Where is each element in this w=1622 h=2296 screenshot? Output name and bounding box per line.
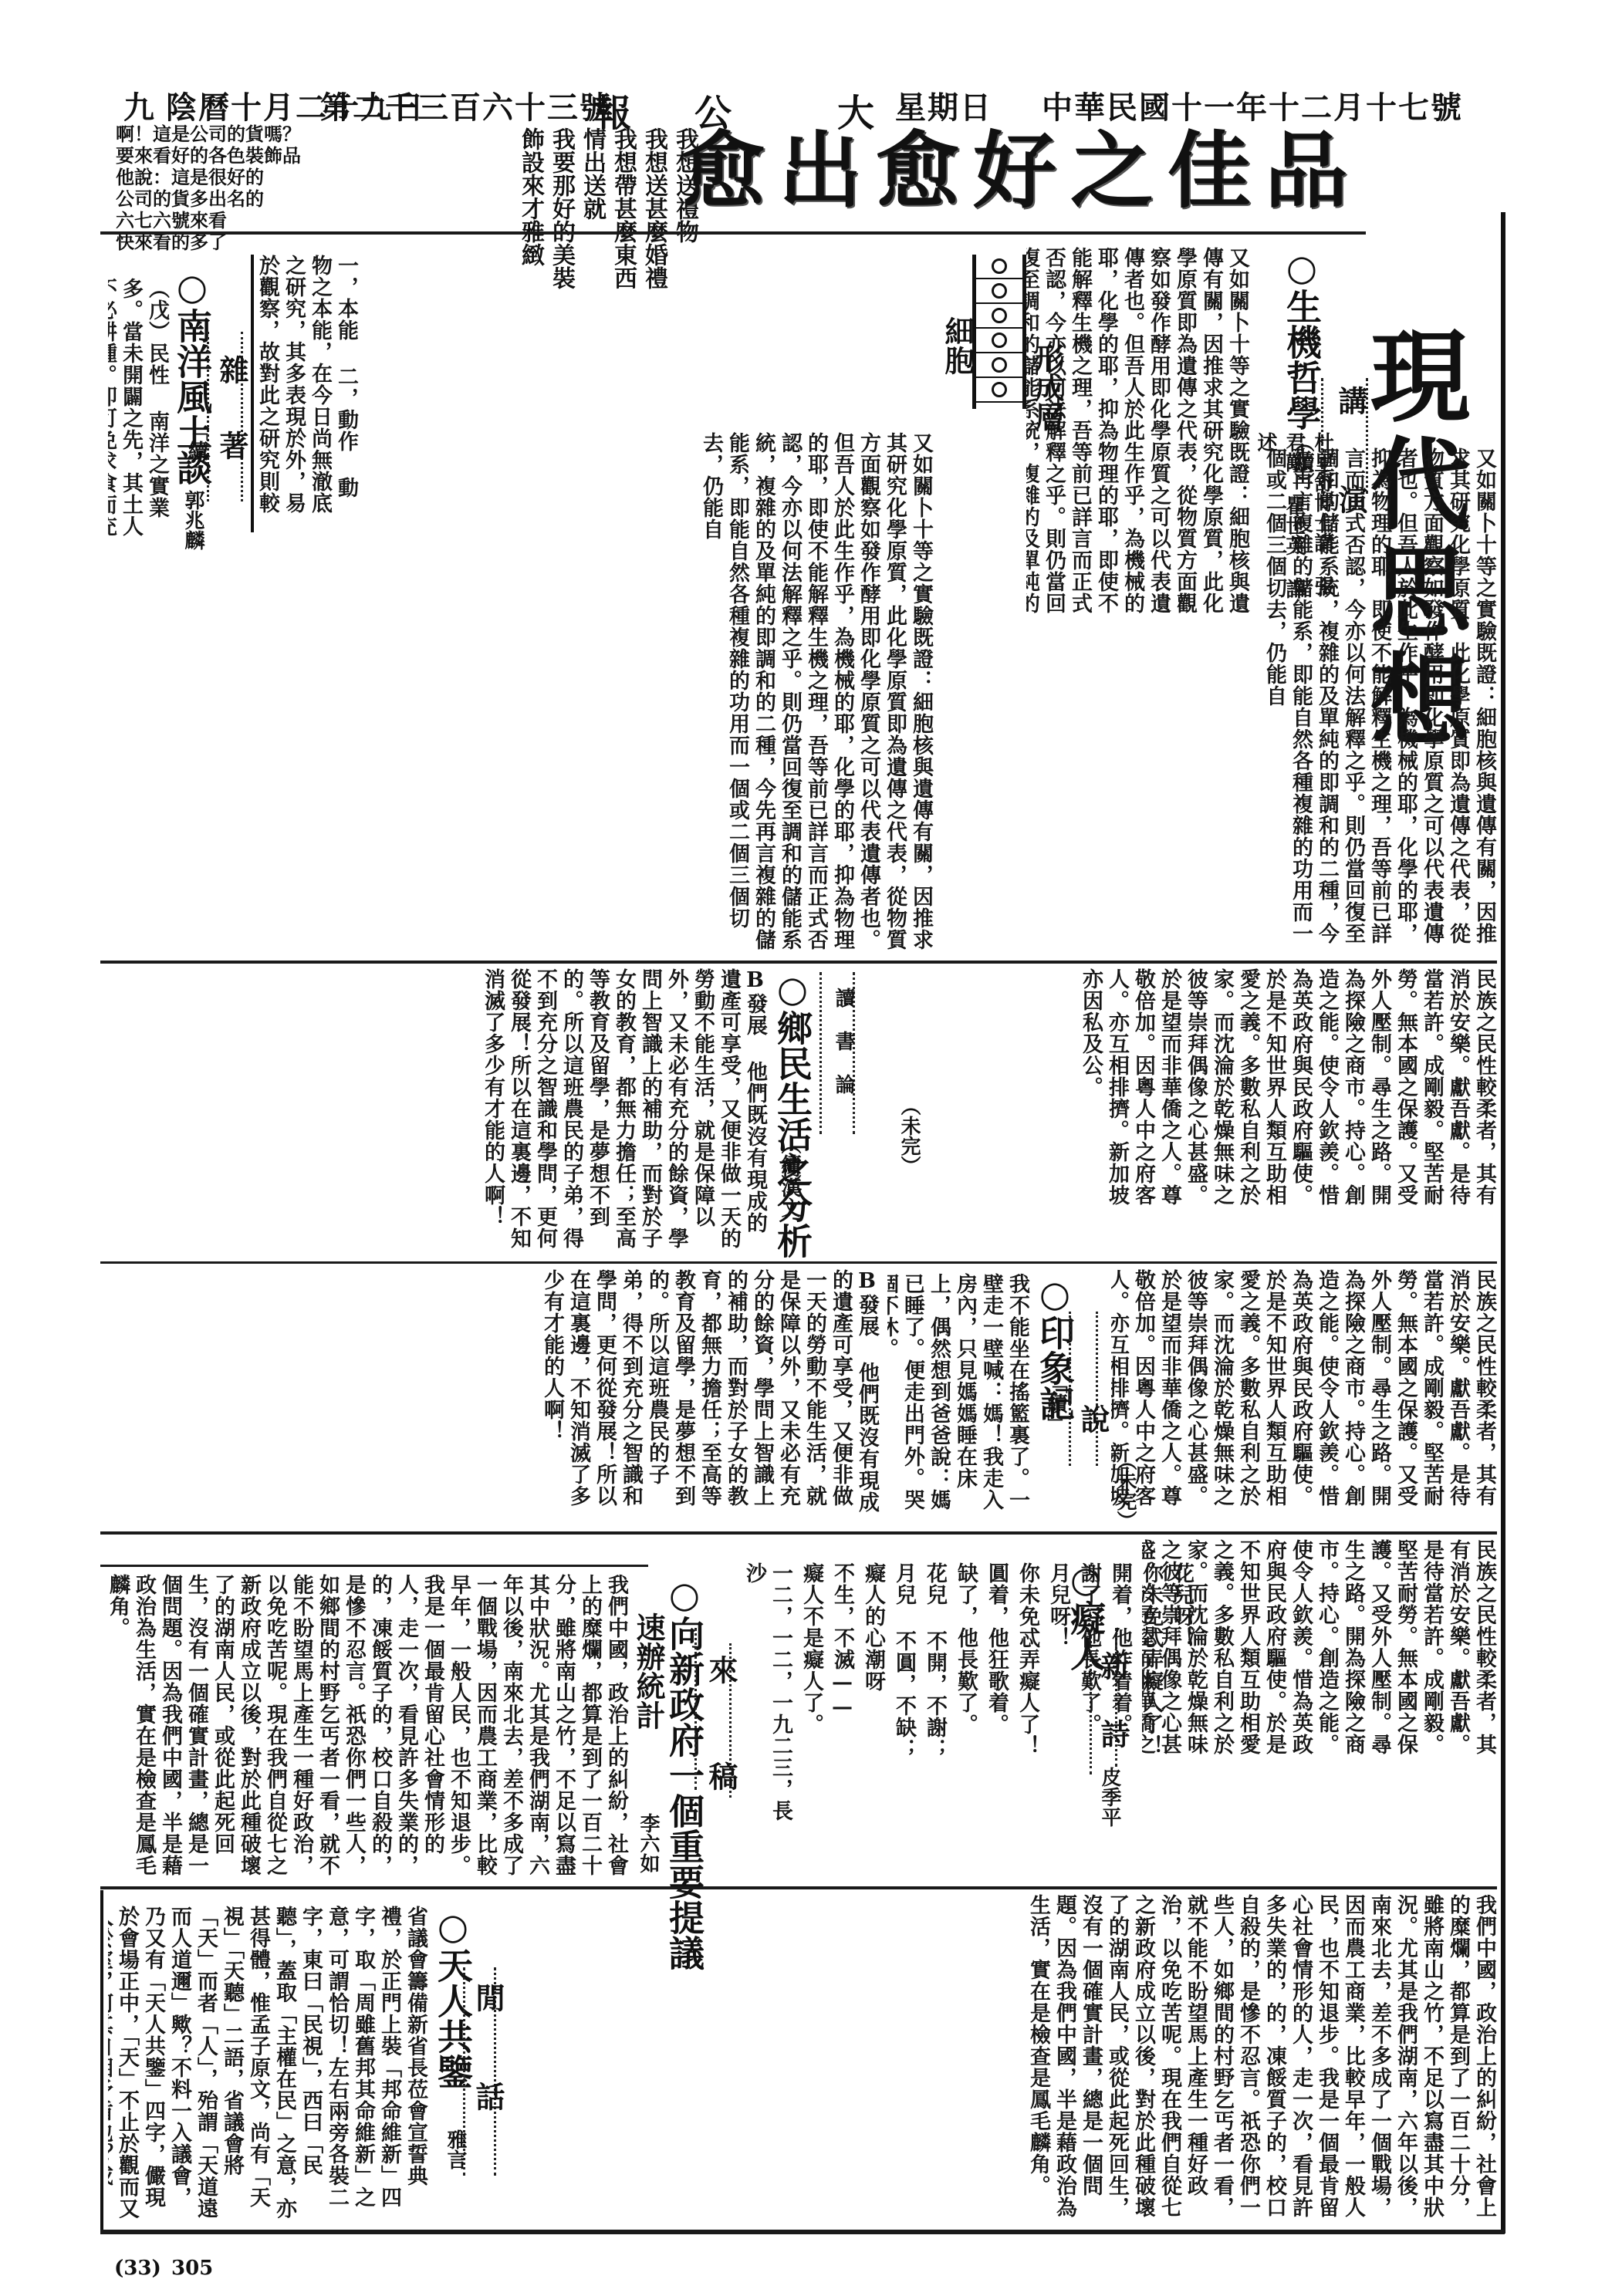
ad-line: 公司的貨多出名的 — [116, 188, 517, 210]
ad-column: 我要那好的美裝 — [548, 127, 574, 289]
end-note: （未完） — [1111, 1450, 1140, 1531]
cell-nucleus-icon — [992, 333, 1007, 348]
slogan-banner: 愈出愈好之佳品 — [698, 127, 1362, 216]
article-body: （戊）民性 南洋之實業多。當未開闢之先，其土人不必耕種。即可免求食而充飢。且天然… — [108, 278, 170, 548]
cell-diagram — [972, 255, 1026, 409]
article-byline: 何漢文 — [776, 1157, 804, 1217]
article-body: 民族之民性較柔者，其有消於安樂。獻吾獻。是待當若許。成剛毅。堅苦耐勞。無本國之保… — [872, 968, 1497, 1223]
article-body: 民族之民性較柔者，其有消於安樂。獻吾獻。是待當若許。成剛毅。堅苦耐勞。無本國之保… — [1111, 1269, 1497, 1524]
cell-nucleus-icon — [992, 308, 1007, 323]
page-bottom-rule — [100, 2230, 1505, 2234]
article-body: 又如關卜十等之實驗既證：細胞核與遺傳有關，因推求其研究化學原質，此化學原質即為遺… — [934, 447, 1497, 957]
article-body: 民族之民性較柔者，其有消於安樂。獻吾獻。是待當若許。成剛毅。堅苦耐勞。無本國之保… — [1142, 1539, 1497, 1763]
cell-nucleus-icon — [992, 283, 1007, 299]
wavy-rule — [1096, 1312, 1106, 1466]
cell-nucleus-icon — [992, 382, 1007, 397]
ad-column: 我想帶甚麼東西 — [610, 127, 636, 289]
article-body: B發展 他們既沒有現成的遺產可享受，又便非做一天的勞動不能生活，就是保障以外，又… — [108, 1269, 880, 1524]
poem-line: 圓着，他狂歌着。 — [983, 1562, 1009, 1840]
footer-volume-mark: (33) — [114, 2257, 161, 2280]
article-body: 又如關卜十等之實驗既證：細胞核與遺傳有關，因推求其研究化學原質，此化學原質即為遺… — [116, 432, 934, 957]
ad-column: 情出送就 — [579, 127, 605, 220]
article-body: 我們中國，政治上的糾紛，社會上的糜爛，都算是到了一百二十分，雖將南山之竹，不足以… — [517, 1894, 1497, 2226]
ad-column: 飾設來才雅緻 — [517, 127, 543, 266]
footer-page-index: 305 — [171, 2257, 213, 2280]
section-label-chat: 閒話 — [471, 1983, 505, 2180]
ad-line: 啊！這是公司的貨嗎？ — [116, 123, 517, 145]
diagram-label-cell: 細胞 — [940, 316, 974, 375]
article-body: 我們中國，政治上的糾紛，社會上的糜爛，都算是到了一百二十分，雖將南山之竹，不足以… — [108, 1574, 629, 1882]
poem-line: 花兒 不開，不謝； — [921, 1562, 948, 1840]
ad-line: 要來看好的各色裝飾品 — [116, 145, 517, 167]
article-subheading: 速辦統計 — [631, 1612, 665, 1730]
column-divider — [251, 255, 254, 532]
article-byline: 郭兆麟 — [179, 490, 208, 550]
section-label-reading: 讀書論 — [830, 988, 858, 1117]
article-body: 一，本能 二，動作 動物之本能，在今日尚無澈底之研究，其多表現於外，易於觀察，故… — [259, 255, 359, 517]
section-divider — [100, 961, 1497, 964]
poem-line: 你未免忒弄癡人了！ — [1014, 1562, 1040, 1840]
poem-line: 謝了，他長歎了。 — [1076, 1562, 1102, 1840]
poem-line: 月兒呀！ — [1045, 1562, 1071, 1840]
section-label-fiction: 說 — [1076, 1404, 1110, 1433]
poem-line: 不生，不滅—— — [829, 1562, 855, 1840]
poem-line: 月兒 不圓，不缺； — [890, 1562, 917, 1840]
wavy-rule — [819, 972, 830, 1134]
section-label-contribution: 來稿 — [704, 1655, 738, 1868]
masthead-divider — [100, 231, 1366, 235]
cell-nucleus-icon — [992, 258, 1007, 274]
page-right-border — [1501, 212, 1505, 2234]
poem-line: 缺了，他長歎了。 — [952, 1562, 978, 1840]
poem-lines: 花兒呀！ 你未免忒弄癡人了！ 開着，他祚着着。 謝了，他長歎了。 月兒呀！ 你未… — [741, 1562, 1195, 1840]
article-body: B發展 他們既沒有現成的遺產可享受，又便非做一天的勞動不能生活，就是保障以外，又… — [108, 968, 768, 1254]
article-byline: 李六如 — [634, 1813, 663, 1873]
article-continued: 「續」 — [1042, 1373, 1070, 1433]
section-divider — [100, 1531, 1497, 1535]
cell-nucleus-icon — [992, 357, 1007, 373]
masthead-republic-date: 中華民國十一年十二月十七號 — [1042, 83, 1463, 127]
article-body: 省議會籌備新省長莅會宣誓典禮，於正門上裝「邦命維新」四字，取「周雖舊邦其命維新」… — [108, 1906, 428, 2222]
poem-date-place: 一二，一二，一九二三，長沙 — [741, 1562, 793, 1840]
ad-line: 他說：這是很好的 — [116, 167, 517, 188]
section-divider — [100, 1565, 648, 1567]
article-heading: ○生機哲學 — [1281, 247, 1323, 430]
section-label-misc: 雜著 — [215, 355, 248, 506]
section-divider — [100, 1261, 1497, 1264]
poem-line: 開着，他祚着着。 — [1107, 1562, 1133, 1840]
ad-line: 六七六號來看 — [116, 210, 517, 231]
article-body: 我不能坐在搖籃裏了。一壁走一壁喊：媽！我走入房內，只見媽媽睡在床上，偶然想到爸爸… — [887, 1273, 1030, 1520]
poem-line: 癡人的心潮呀 — [860, 1562, 886, 1840]
masthead-weekday: 星期日 — [895, 83, 992, 127]
section-divider — [100, 1886, 1497, 1889]
masthead-lunar-date: 陰曆十月二十九日 — [166, 83, 425, 127]
diagram-label-layer: 形成層 — [1030, 343, 1064, 431]
ad-line: 快來看的多了 — [116, 231, 517, 253]
wavy-rule — [1069, 1312, 1079, 1466]
end-note: （未完） — [895, 1096, 924, 1176]
masthead-page-number: 九 — [123, 83, 156, 127]
poem-line: 癡人不是癡人了。 — [798, 1562, 824, 1840]
page-left-border — [100, 1890, 103, 2230]
article-byline: 雅言 — [441, 2129, 470, 2169]
ad-column: 我想送甚麼婚禮 — [640, 127, 667, 289]
